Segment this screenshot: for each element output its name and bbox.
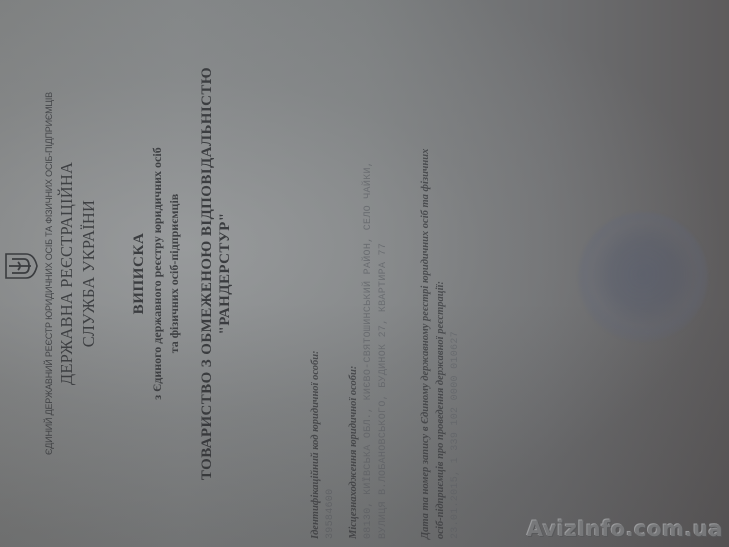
- identification-code-label: Ідентифікаційний код юридичної особи:: [310, 350, 321, 539]
- identification-code-value: 39584600: [325, 489, 336, 539]
- registration-record-label-line-1: Дата та номер запису в Єдиному державном…: [420, 149, 431, 539]
- location-value-line-1: 08130, КИЇВСЬКА ОБЛ., КИЄВО-СВЯТОШИНСЬКИ…: [363, 161, 374, 539]
- location-value-line-2: ВУЛИЦЯ В.ЛОБАНОВСЬКОГО, БУДИНОК 27, КВАР…: [378, 243, 389, 539]
- document-subtitle-line-1: з Єдиного державного реєстру юридичних о…: [150, 0, 165, 547]
- agency-name-line-1: ДЕРЖАВНА РЕЄСТРАЦІЙНА: [57, 0, 77, 547]
- document-subtitle-line-2: та фізичних осіб-підприємців: [167, 0, 182, 547]
- trident-coat-of-arms-icon: [4, 251, 38, 281]
- document-title: ВИПИСКА: [131, 0, 148, 547]
- agency-name-line-2: СЛУЖБА УКРАЇНИ: [79, 0, 99, 547]
- registration-record-label-line-2: осіб-підприємців про проведення державно…: [435, 281, 446, 539]
- location-label: Місцезнаходження юридичної особи:: [348, 366, 359, 539]
- registration-record-value: 23.01.2015, 1 339 102 0000 010627: [450, 331, 461, 539]
- company-name-line-1: ТОВАРИСТВО З ОБМЕЖЕНОЮ ВІДПОВІДАЛЬНІСТЮ: [199, 0, 216, 547]
- site-watermark: AvizInfo.com.ua: [527, 517, 723, 541]
- company-name-line-2: "РАНДЕРСТУР": [217, 0, 234, 547]
- registry-name-line: ЄДИНИЙ ДЕРЖАВНИЙ РЕЄСТР ЮРИДИЧНИХ ОСІБ Т…: [44, 0, 54, 547]
- round-seal-stamp-icon: [578, 212, 708, 342]
